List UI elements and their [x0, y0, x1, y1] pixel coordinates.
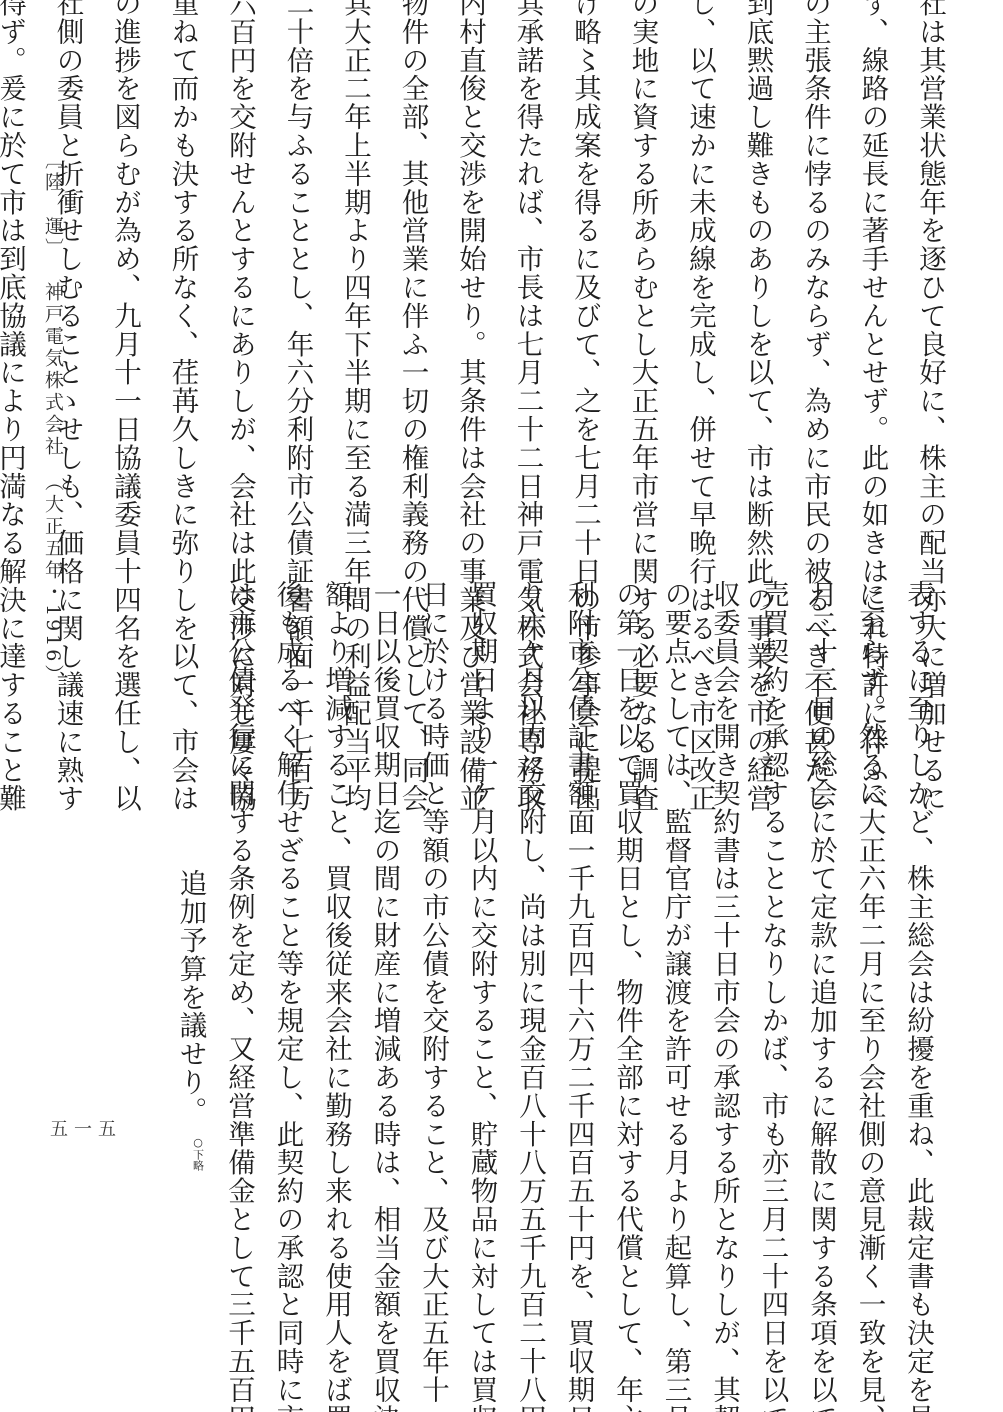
page-number: 五一五: [50, 1115, 122, 1141]
text-column-last: 追加予算を議せり。 ○下略: [155, 700, 204, 1340]
text-column: 買収期日より一ケ月以内に交附すること、貯蔵物品に対しては買収期: [446, 700, 495, 1340]
company-name: 神戸電気株式会社: [42, 282, 64, 458]
era-label: （大正五年・1916）: [42, 472, 64, 686]
text-column: 後も成るべく解任せざること等を規定し、此契約の承認と同時に市会: [252, 700, 301, 1340]
text-column: に至らず。然るに大正六年二月に至り会社側の意見漸く一致を見、三: [834, 700, 883, 1340]
text-column-text: 追加予算を議せり。: [155, 869, 204, 1125]
lower-text-block: 表するに至りしかど、株主総会は紛擾を重ね、此裁定書も決定を見る に至らず。然るに…: [155, 700, 931, 1340]
text-column: は市公債発行に関する条例を定め、又経営準備金として三千五百円の: [204, 700, 253, 1340]
text-column: 売買契約を承認することとなりしかば、市も亦三月二十四日を以て買: [737, 700, 786, 1340]
running-header: 〔陸 運〕神戸電気株式会社（大正五年・1916）: [40, 150, 67, 710]
text-column: 額より増減すること、買収後従来会社に勤務し来れる使用人をば買収: [301, 700, 350, 1340]
omission-note: ○下略: [155, 1136, 204, 1171]
text-column: 一日以後買収期日迄の間に財産に増減ある時は、相当金額を買収決定: [349, 700, 398, 1340]
text-column: 日に於ける時価と等額の市公債を交附すること、及び大正五年十一月: [398, 700, 447, 1340]
text-column: 交渉の進捗を図らむが為め、九月十一日協議委員十四名を選任し、以: [81, 52, 139, 692]
text-column: の第一日を以て買収期日とし、物件全部に対する代償として、年六分: [592, 700, 641, 1340]
text-column: り六ケ月以内に交附し、尚は別に現金百八十八万五千九百二十八円を: [495, 700, 544, 1340]
text-column: 月二十三日の総会に於て定款に追加するに解散に関する条項を以てし: [786, 700, 835, 1340]
text-column: 表するに至りしかど、株主総会は紛擾を重ね、此裁定書も決定を見る: [883, 700, 932, 1340]
section-label: 〔陸 運〕: [42, 150, 64, 260]
text-column: の要点としては、監督官庁が譲渡を許可せる月より起算し、第三月目: [640, 700, 689, 1340]
text-column: 利附市公債証書額面一千九百四十六万二千四百五十円を、買収期日よ: [543, 700, 592, 1340]
text-column: るを得ず。爰に於て市は到底協議により円満なる解決に達すること難: [0, 52, 23, 692]
text-column: 議を重ねて而かも決する所なく、荏苒久しきに弥りしを以て、市会は: [138, 52, 196, 692]
text-column: 収委員会を開き契約書は三十日市会の承認する所となりしが、其契約: [689, 700, 738, 1340]
